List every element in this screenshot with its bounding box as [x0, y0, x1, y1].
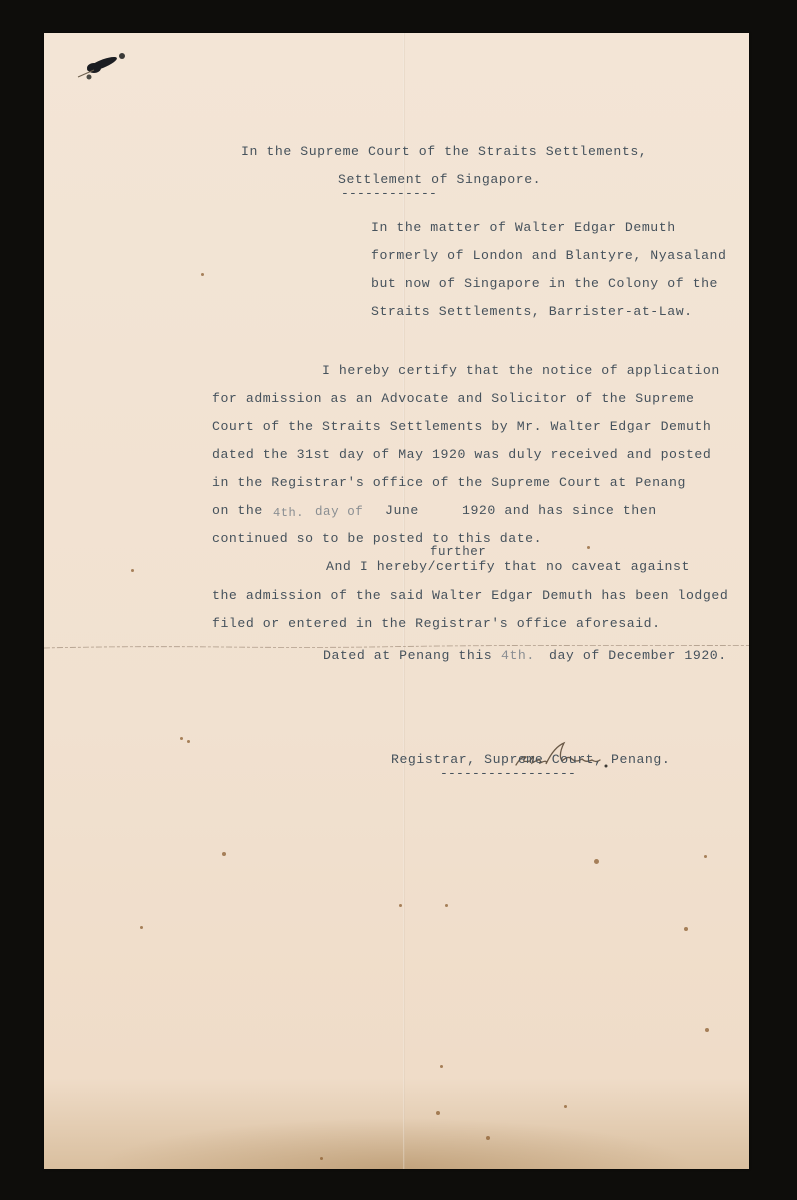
posted-day: 4th. — [273, 505, 304, 521]
matter-line: In the matter of Walter Edgar Demuth — [371, 220, 676, 236]
foxing-spot — [564, 1105, 567, 1108]
foxing-spot — [684, 927, 688, 931]
certification-line: dated the 31st day of May 1920 was duly … — [212, 447, 711, 463]
foxing-spot — [201, 273, 204, 276]
foxing-spot — [399, 904, 402, 907]
foxing-spot — [320, 1157, 323, 1160]
matter-line: formerly of London and Blantyre, Nyasala… — [371, 248, 726, 264]
further-insertion: further — [430, 544, 486, 560]
foxing-spot — [445, 904, 448, 907]
registrar-underline: ----------------- — [440, 769, 576, 779]
matter-line: Straits Settlements, Barrister-at-Law. — [371, 304, 693, 320]
foxing-spot — [222, 852, 226, 856]
dated-suffix: day of December 1920. — [549, 648, 727, 664]
foxing-spot — [587, 546, 590, 549]
foxing-spot — [140, 926, 143, 929]
certification-line: in the Registrar's office of the Supreme… — [212, 475, 686, 491]
foxing-spot — [180, 737, 183, 740]
document-page: In the Supreme Court of the Straits Sett… — [44, 33, 749, 1169]
matter-line: but now of Singapore in the Colony of th… — [371, 276, 718, 292]
posted-suffix: 1920 and has since then — [462, 503, 657, 519]
further-line: And I hereby/certify that no caveat agai… — [326, 559, 690, 575]
continued-line: continued so to be posted to this date. — [212, 531, 542, 547]
dated-day: 4th. — [501, 648, 535, 664]
dated-prefix: Dated at Penang this — [323, 648, 492, 664]
ink-blot — [64, 50, 134, 80]
certification-line: I hereby certify that the notice of appl… — [322, 363, 720, 379]
foxing-spot — [131, 569, 134, 572]
foxing-spot — [704, 855, 707, 858]
foxing-spot — [187, 740, 190, 743]
further-line: the admission of the said Walter Edgar D… — [212, 588, 728, 604]
posted-month: June — [385, 503, 419, 519]
further-line: filed or entered in the Registrar's offi… — [212, 616, 661, 632]
posted-on-prefix: on the — [212, 503, 263, 519]
foxing-spot — [594, 859, 599, 864]
foxing-spot — [436, 1111, 440, 1115]
certification-line: for admission as an Advocate and Solicit… — [212, 391, 694, 407]
heading-underline: ------------ — [341, 189, 437, 199]
foxing-spot — [486, 1136, 490, 1140]
foxing-spot — [440, 1065, 443, 1068]
foxing-spot — [705, 1028, 709, 1032]
court-heading: In the Supreme Court of the Straits Sett… — [241, 144, 647, 160]
certification-line: Court of the Straits Settlements by Mr. … — [212, 419, 711, 435]
posted-day-of: day of — [315, 504, 363, 520]
